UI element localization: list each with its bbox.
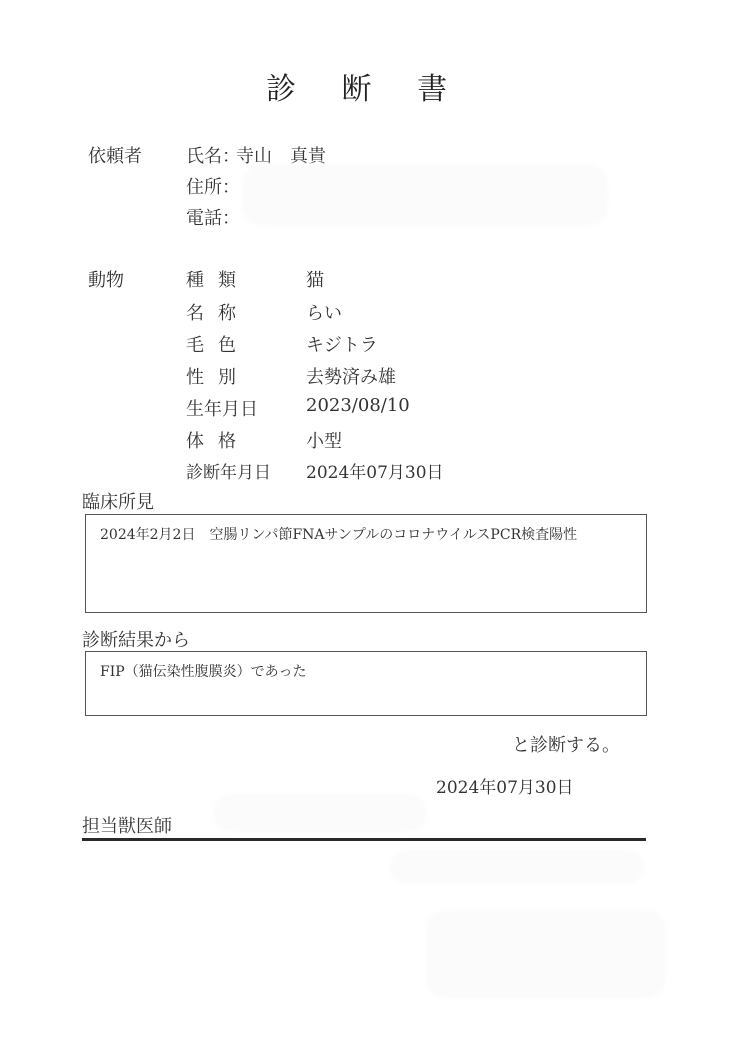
animal-field-value-coat: キジトラ <box>306 331 378 357</box>
name-label: 氏名： <box>186 142 240 168</box>
animal-field-label-sex: 性別 <box>186 363 250 389</box>
animal-field-label-birthdate: 生年月日 <box>186 395 258 421</box>
conclusion-statement: と診断する。 <box>512 731 620 757</box>
redacted-area <box>215 796 425 830</box>
animal-section-label: 動物 <box>88 266 124 292</box>
requester-section-label: 依頼者 <box>88 142 142 168</box>
animal-field-label-coat: 毛色 <box>186 331 250 357</box>
veterinarian-label: 担当獣医師 <box>82 812 172 838</box>
document-title: 診 断 書 <box>266 64 465 108</box>
clinical-findings-text: 2024年2月2日 空腸リンパ節FNAサンプルのコロナウイルスPCR検査陽性 <box>100 524 577 544</box>
animal-field-value-diagnosis-date: 2024年07月30日 <box>306 458 444 483</box>
animal-field-value-sex: 去勢済み雄 <box>306 363 396 389</box>
animal-field-value-birthdate: 2023/08/10 <box>306 395 410 416</box>
diagnosis-result-text: FIP（猫伝染性腹膜炎）であった <box>100 661 307 681</box>
redacted-area <box>392 852 642 882</box>
redacted-area <box>428 912 664 996</box>
animal-field-label-diagnosis-date: 診断年月日 <box>186 458 271 483</box>
diagnosis-result-heading: 診断結果から <box>82 626 190 652</box>
diagnosis-result-box: FIP（猫伝染性腹膜炎）であった <box>85 651 647 716</box>
animal-field-value-name: らい <box>306 299 342 325</box>
name-value: 寺山 真貴 <box>236 142 326 168</box>
animal-field-label-species: 種類 <box>186 266 250 292</box>
phone-label: 電話： <box>186 204 240 230</box>
clinical-findings-heading: 臨床所見 <box>82 488 154 514</box>
animal-field-label-size: 体格 <box>186 427 250 453</box>
animal-field-value-species: 猫 <box>306 266 324 292</box>
clinical-findings-box: 2024年2月2日 空腸リンパ節FNAサンプルのコロナウイルスPCR検査陽性 <box>85 514 647 613</box>
animal-field-label-name: 名称 <box>186 299 250 325</box>
signature-line <box>82 838 646 841</box>
animal-field-value-size: 小型 <box>306 427 342 453</box>
conclusion-date: 2024年07月30日 <box>436 773 574 798</box>
address-label: 住所： <box>186 173 240 199</box>
redacted-area <box>244 166 606 224</box>
